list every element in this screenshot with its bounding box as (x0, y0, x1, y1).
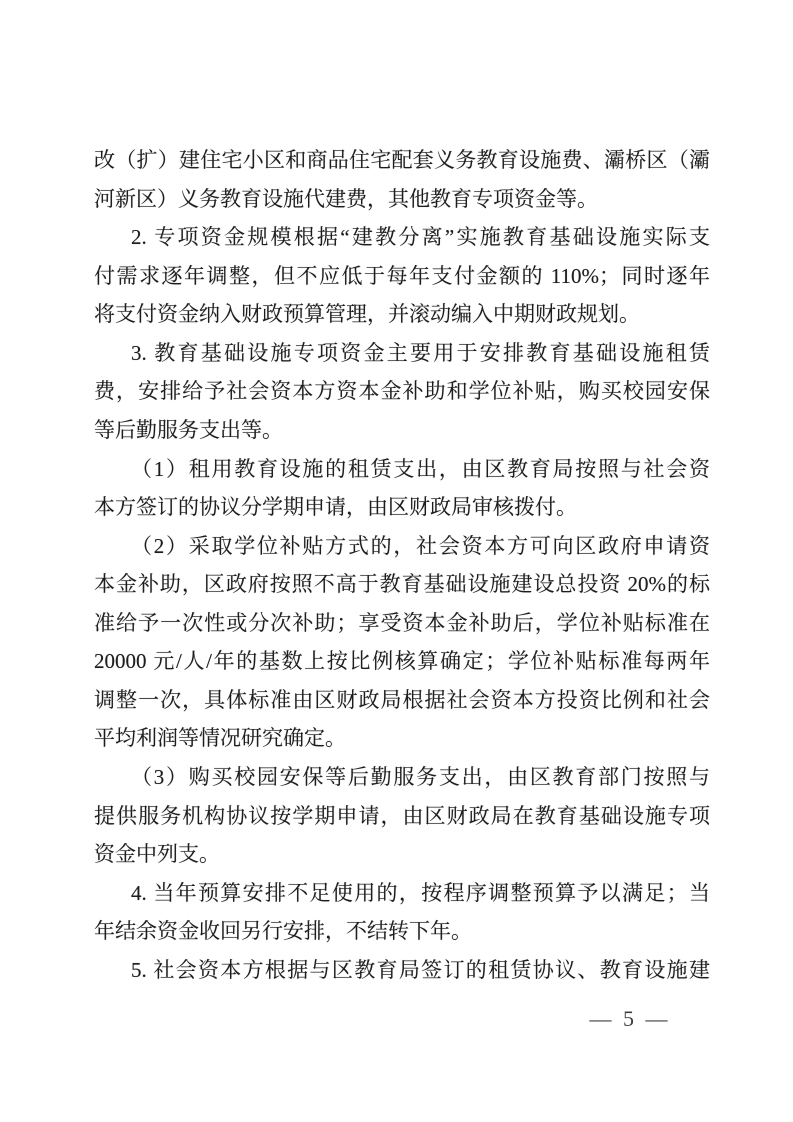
text-line: （3）购买校园安保等后勤服务支出，由区教育部门按照与 (94, 758, 710, 797)
text-line: 年结余资金收回另行安排，不结转下年。 (94, 912, 710, 951)
text-line: 4. 当年预算安排不足使用的，按程序调整预算予以满足；当 (94, 874, 710, 913)
text-line: （2）采取学位补贴方式的，社会资本方可向区政府申请资 (94, 527, 710, 566)
text-line: 准给予一次性或分次补助；享受资本金补助后，学位补贴标准在 (94, 604, 710, 643)
document-page: 改（扩）建住宅小区和商品住宅配套义务教育设施费、灞桥区（灞河新区）义务教育设施代… (0, 0, 793, 1122)
text-line: 3. 教育基础设施专项资金主要用于安排教育基础设施租赁 (94, 334, 710, 373)
text-line: （1）租用教育设施的租赁支出，由区教育局按照与社会资 (94, 450, 710, 489)
document-body: 改（扩）建住宅小区和商品住宅配套义务教育设施费、灞桥区（灞河新区）义务教育设施代… (94, 141, 710, 989)
text-line: 2. 专项资金规模根据“建教分离”实施教育基础设施实际支 (94, 218, 710, 257)
text-line: 本方签订的协议分学期申请，由区财政局审核拨付。 (94, 488, 710, 527)
text-line: 等后勤服务支出等。 (94, 411, 710, 450)
text-line: 20000 元/人/年的基数上按比例核算确定；学位补贴标准每两年 (94, 642, 710, 681)
text-line: 平均利润等情况研究确定。 (94, 719, 710, 758)
text-line: 改（扩）建住宅小区和商品住宅配套义务教育设施费、灞桥区（灞 (94, 141, 710, 180)
page-number: — 5 — (560, 1002, 700, 1036)
text-line: 5. 社会资本方根据与区教育局签订的租赁协议、教育设施建 (94, 951, 710, 990)
text-line: 提供服务机构协议按学期申请，由区财政局在教育基础设施专项 (94, 797, 710, 836)
text-line: 资金中列支。 (94, 835, 710, 874)
text-line: 费，安排给予社会资本方资本金补助和学位补贴，购买校园安保 (94, 372, 710, 411)
text-line: 付需求逐年调整，但不应低于每年支付金额的 110%；同时逐年 (94, 257, 710, 296)
text-line: 河新区）义务教育设施代建费，其他教育专项资金等。 (94, 180, 710, 219)
text-line: 调整一次，具体标准由区财政局根据社会资本方投资比例和社会 (94, 681, 710, 720)
text-line: 将支付资金纳入财政预算管理，并滚动编入中期财政规划。 (94, 295, 710, 334)
text-line: 本金补助，区政府按照不高于教育基础设施建设总投资 20%的标 (94, 565, 710, 604)
